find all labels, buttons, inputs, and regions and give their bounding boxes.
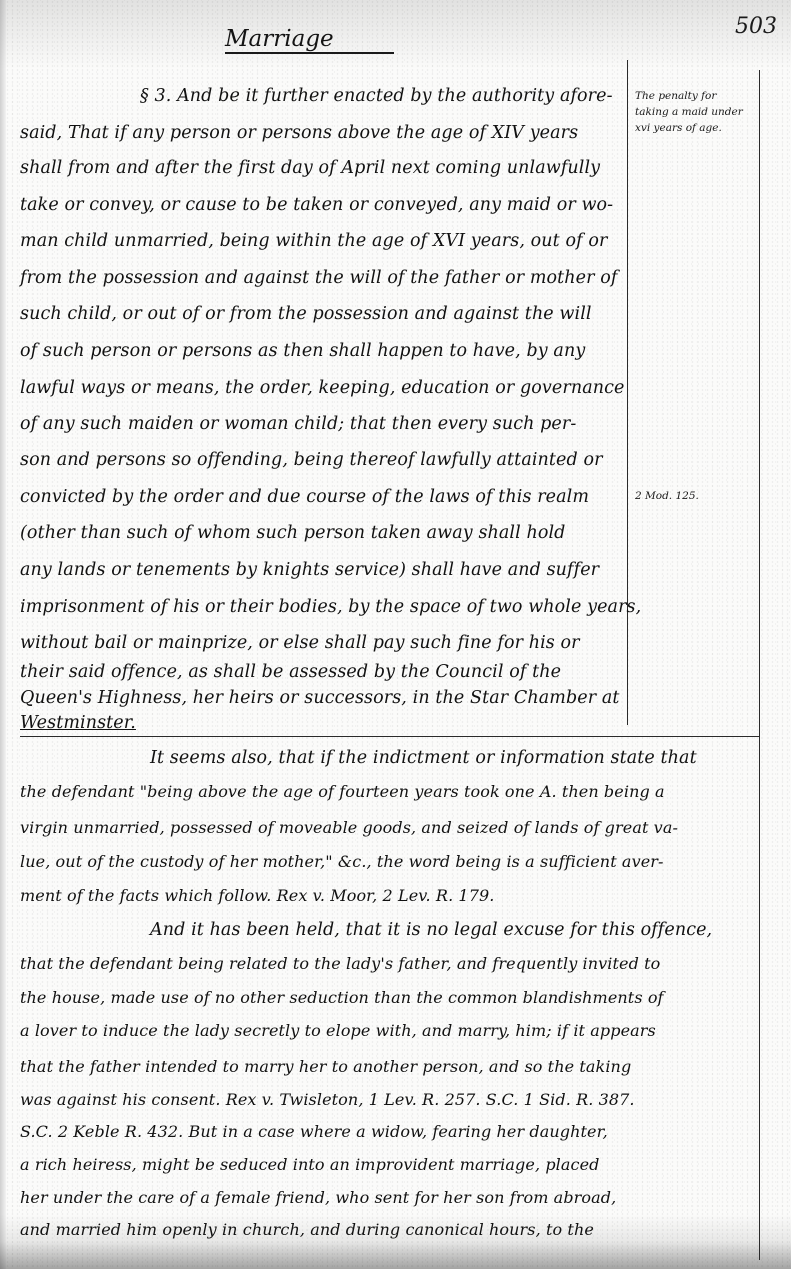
statute-line: man child unmarried, being within the ag… (20, 231, 607, 251)
statute-line: without bail or mainprize, or else shall… (20, 633, 580, 653)
statute-line: of such person or persons as then shall … (20, 341, 585, 361)
statute-line: Westminster. (20, 713, 136, 733)
commentary-line: the house, made use of no other seductio… (20, 988, 664, 1007)
commentary-line: was against his consent. Rex v. Twisleto… (20, 1090, 635, 1109)
commentary-line: lue, out of the custody of her mother," … (20, 852, 664, 871)
statute-line: their said offence, as shall be assessed… (20, 662, 561, 682)
statute-line: lawful ways or means, the order, keeping… (20, 378, 624, 398)
section-divider-rule (20, 736, 760, 737)
page-edge-shadow (0, 0, 6, 1269)
commentary-line: And it has been held, that it is no lega… (20, 920, 712, 940)
commentary-line: a lover to induce the lady secretly to e… (20, 1021, 656, 1040)
margin-note: taking a maid under (635, 106, 743, 118)
statute-line: § 3. And be it further enacted by the au… (20, 86, 613, 106)
statute-line: Queen's Highness, her heirs or successor… (20, 688, 620, 708)
statute-line: any lands or tenements by knights servic… (20, 560, 599, 580)
commentary-line: her under the care of a female friend, w… (20, 1188, 616, 1207)
page-number: 503 (735, 14, 777, 39)
margin-rule-outer (759, 70, 760, 1260)
statute-line: (other than such of whom such person tak… (20, 523, 566, 543)
commentary-line: that the father intended to marry her to… (20, 1057, 631, 1076)
commentary-line: S.C. 2 Keble R. 432. But in a case where… (20, 1122, 608, 1141)
commentary-line: the defendant "being above the age of fo… (20, 782, 665, 801)
statute-line: son and persons so offending, being ther… (20, 450, 603, 470)
commentary-line: that the defendant being related to the … (20, 954, 660, 973)
commentary-line: ment of the facts which follow. Rex v. M… (20, 886, 494, 905)
commentary-line: virgin unmarried, possessed of moveable … (20, 818, 678, 837)
statute-line: such child, or out of or from the posses… (20, 304, 592, 324)
manuscript-page: 503 Marriage The penalty for taking a ma… (0, 0, 791, 1269)
commentary-line: a rich heiress, might be seduced into an… (20, 1155, 600, 1174)
commentary-line: and married him openly in church, and du… (20, 1220, 594, 1239)
statute-line: shall from and after the first day of Ap… (20, 158, 600, 178)
statute-line: of any such maiden or woman child; that … (20, 414, 576, 434)
page-heading: Marriage (225, 26, 394, 54)
top-scan-smudge (0, 0, 791, 70)
commentary-line: It seems also, that if the indictment or… (20, 748, 697, 768)
statute-line: from the possession and against the will… (20, 268, 617, 288)
margin-note: The penalty for (635, 90, 716, 102)
statute-line: take or convey, or cause to be taken or … (20, 195, 613, 215)
margin-note: xvi years of age. (635, 122, 722, 134)
margin-note-citation: 2 Mod. 125. (635, 490, 699, 502)
statute-line: imprisonment of his or their bodies, by … (20, 597, 641, 617)
margin-rule-inner (627, 60, 628, 725)
statute-line: convicted by the order and due course of… (20, 487, 589, 507)
statute-line: said, That if any person or persons abov… (20, 123, 578, 143)
